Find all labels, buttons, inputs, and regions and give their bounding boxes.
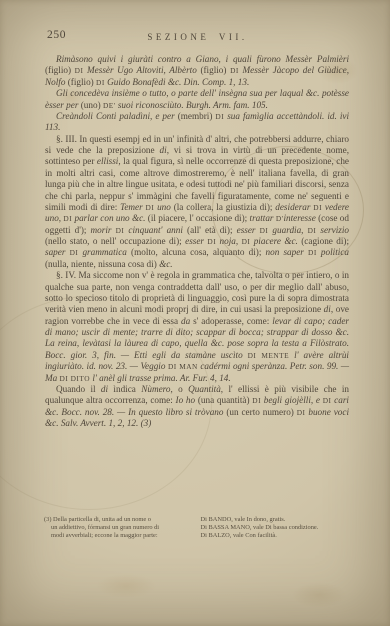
text-segment: &c. [159, 259, 173, 269]
text-segment: (nulla, niente, nissuna cosa di) [45, 259, 159, 269]
text-segment: Creàndoli Conti paladìni, e per [56, 111, 178, 121]
text-segment: (uno) [81, 100, 103, 110]
text-segment: l' anèl gli trasse prima. Ar. Fur. 4, 14… [90, 373, 231, 383]
text-segment: saper [45, 247, 70, 257]
paragraph: Rimàsono quivi i giuràti contro a Giano,… [45, 54, 349, 88]
text-segment: DI [63, 214, 72, 223]
text-segment: Messèr Ugo Altoviti, Albèrto [83, 65, 200, 75]
text-segment: cinquant' anni [124, 225, 187, 235]
text-segment: DI MENTE [248, 351, 290, 360]
text-segment: noja, [216, 236, 241, 246]
text-segment: §. IV. Ma siccome non v' è regola in gra… [45, 270, 349, 314]
footnote-line: modi avverbiali; eccone la maggior parte… [44, 532, 196, 540]
paragraph: Quando il di ìndica Nùmero, o Quantità, … [45, 384, 349, 430]
text-segment: (figlio) [45, 65, 75, 75]
text-segment: ellissi [97, 156, 118, 166]
text-segment: Quantità [188, 384, 221, 394]
text-segment: morir [91, 225, 116, 235]
text-segment: DI [146, 203, 155, 212]
text-segment: (all' età di); [187, 225, 237, 235]
text-segment: (un certo numero) [226, 407, 296, 417]
text-segment: , o [171, 384, 189, 394]
text-segment: DI [308, 248, 317, 257]
footnote-line: Di BALZO, vale Con facilità. [201, 532, 353, 540]
paragraph: §. IV. Ma siccome non v' è regola in gra… [45, 270, 349, 384]
text-segment: DI DITO [60, 374, 91, 383]
text-segment: DI [116, 226, 125, 235]
text-segment: di [160, 145, 167, 155]
text-segment: (nello stato, o nell' occupazione di); [45, 236, 185, 246]
text-segment: esser [185, 236, 207, 246]
footnote: (3) Della particella di, unita ad un nom… [44, 516, 352, 541]
text-segment: DI [252, 396, 261, 405]
footnote-line: un addiettivo, fórmansi un gran numero d… [44, 524, 196, 532]
section-title: SEZIONE VII. [45, 32, 350, 42]
footnote-line: (3) Della particella di, unita ad un nom… [44, 516, 196, 524]
text-segment: esser [237, 225, 260, 235]
text-segment: Rimàsono quivi i giuràti contro a Giano,… [56, 54, 349, 64]
text-segment: Nùmero [141, 384, 170, 394]
foxing-spot [292, 582, 346, 608]
text-segment: parlar con uno &c. [72, 213, 148, 223]
text-segment: DI [70, 248, 79, 257]
text-segment: Temer [120, 202, 145, 212]
text-segment: ìndica [108, 384, 141, 394]
text-segment: interesse [283, 213, 318, 223]
text-segment: DI [230, 66, 239, 75]
text-segment: guardia, [268, 225, 307, 235]
text-segment: begli giojèlli, e [261, 395, 323, 405]
text-segment: desiderar [275, 202, 313, 212]
text-segment: Io ho [176, 395, 198, 405]
text-segment: DI [207, 237, 216, 246]
footnote-line: Di BANDO, vale In dono, gratis. [201, 516, 353, 524]
text-segment: DI [96, 78, 105, 87]
text-segment: politica [317, 247, 349, 257]
text-segment: di [101, 384, 108, 394]
text-segment: DI [308, 226, 317, 235]
paragraph: Creàndoli Conti paladìni, e per (membri)… [45, 111, 349, 134]
text-segment: suoi riconosciùto. Burgh. Arm. fam. 105. [116, 100, 268, 110]
footnote-left-column: (3) Della particella di, unita ad un nom… [44, 516, 196, 541]
text-segment: piacere &c. [250, 236, 301, 246]
foxing-spot [96, 574, 156, 598]
text-segment: (membri) [178, 111, 216, 121]
text-segment: (una quantità) [198, 395, 252, 405]
text-segment: (molto, alcuna cosa, alquanto di); [131, 247, 266, 257]
text-segment: (il piacere, l' occasione di); [148, 213, 250, 223]
text-segment: Quando il [56, 384, 101, 394]
text-segment: di [324, 304, 331, 314]
text-segment: grammatica [78, 247, 131, 257]
text-segment: da [181, 316, 190, 326]
text-segment: DI [313, 203, 322, 212]
text-segment: DI [215, 112, 224, 121]
text-segment: servizio [316, 225, 349, 235]
text-segment: uno [154, 202, 173, 212]
paragraph: Gli concedèva insième o tutto, o parte d… [45, 88, 349, 111]
text-segment: trattar [250, 213, 276, 223]
body-text: Rimàsono quivi i giuràti contro a Giano,… [45, 54, 349, 429]
page-header: 250 SEZIONE VII. [45, 31, 350, 45]
footnote-line: Di BASSA MANO, vale Di bassa condizione. [201, 524, 353, 532]
paragraph: §. III. In questi esempj ed in un' infin… [45, 134, 349, 271]
text-segment: s' adoperasse, come: [190, 316, 272, 326]
text-segment: Guido Bonafèdi &c. Din. Comp. 1, 13. [105, 77, 249, 87]
text-segment: DE' [103, 101, 116, 110]
footnote-right-column: Di BANDO, vale In dono, gratis.Di BASSA … [196, 516, 353, 541]
text-segment: (figlio) [200, 65, 230, 75]
text-segment: DI MAN [168, 362, 198, 371]
text-segment: (figlio) [68, 77, 96, 87]
text-segment: (la collera, la giustizia di); [174, 202, 276, 212]
text-segment: non saper [266, 247, 309, 257]
text-segment: (cagione di); [301, 236, 349, 246]
